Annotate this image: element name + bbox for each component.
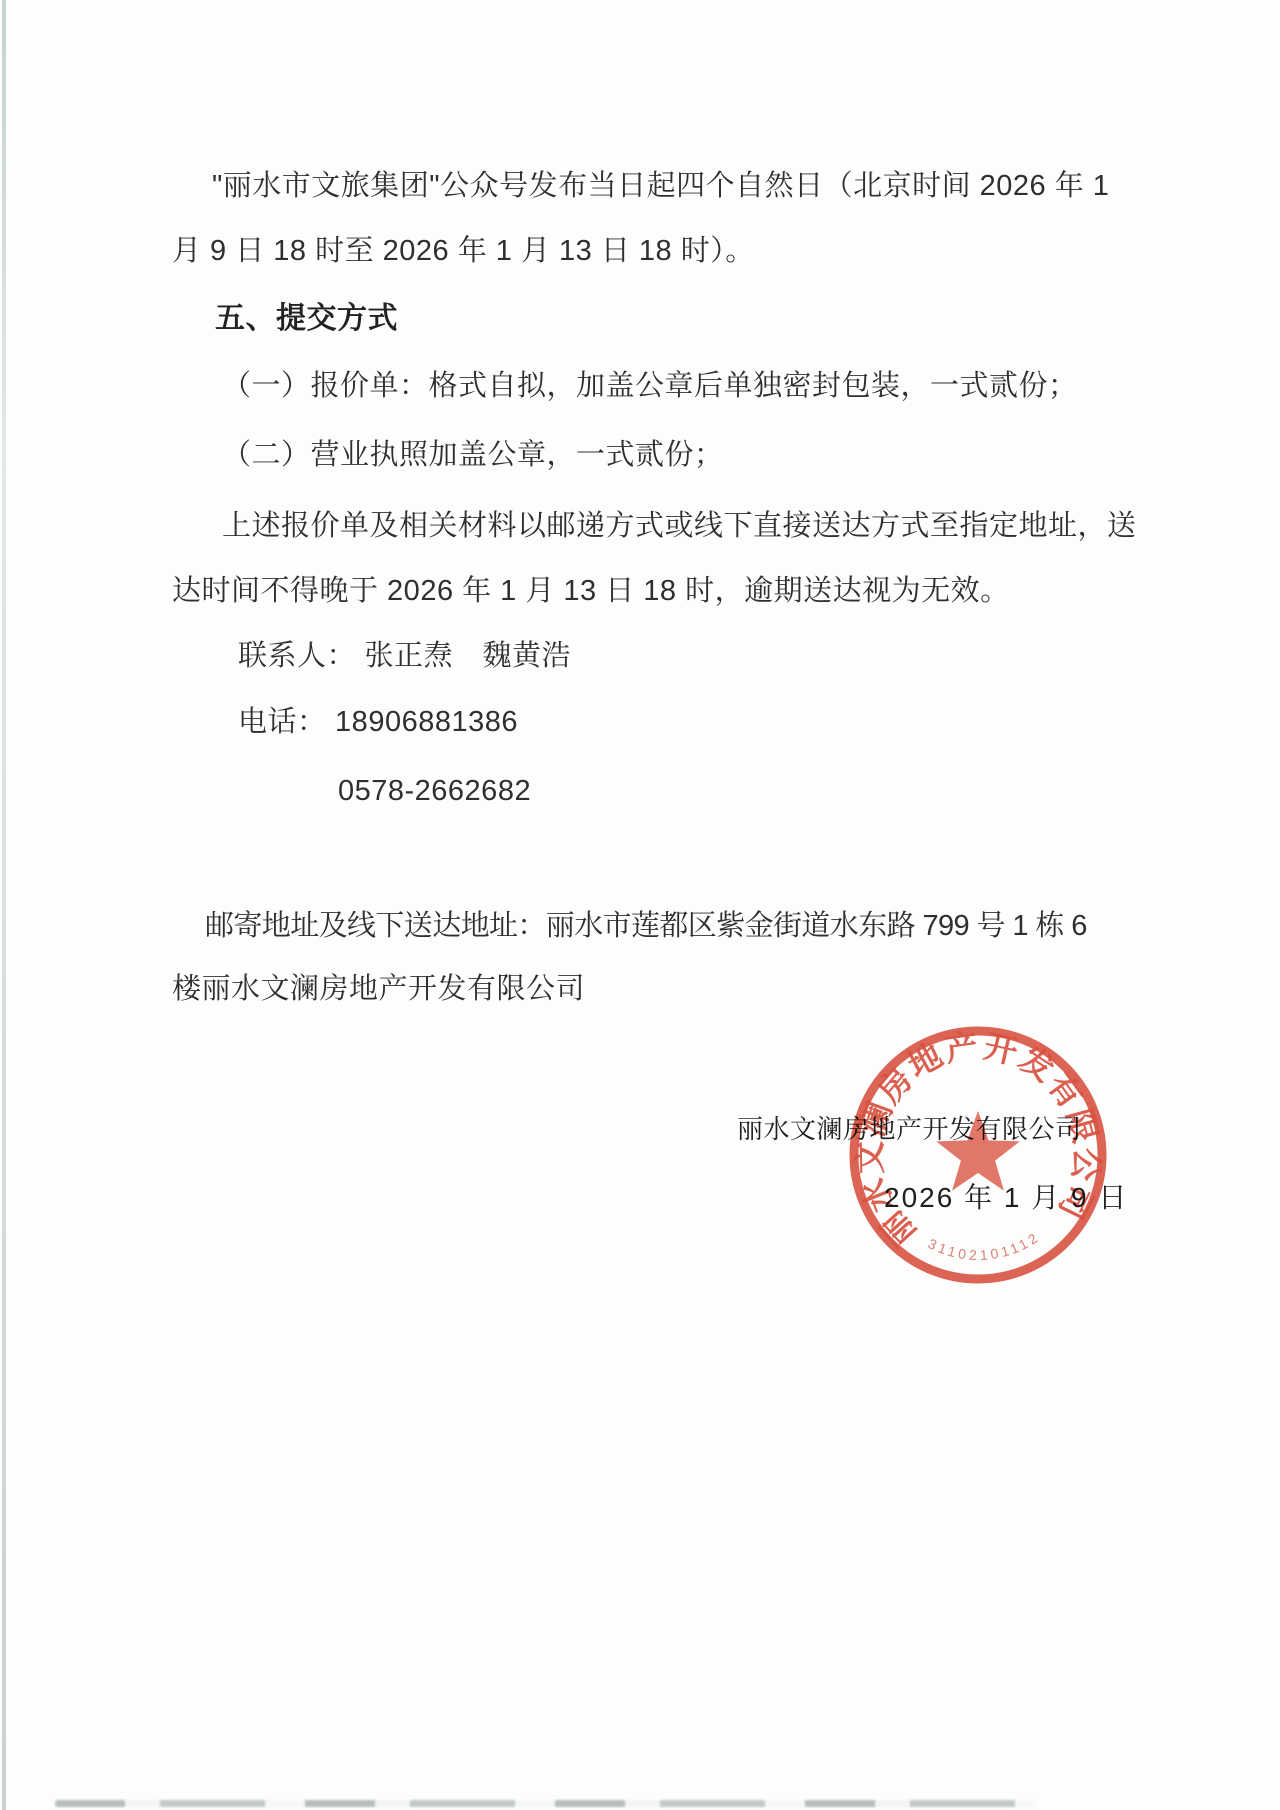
section-heading-submission-method: 五、提交方式 xyxy=(215,301,398,337)
scan-edge-artifact xyxy=(2,0,6,1810)
landline-number-line: 0578-2662682 xyxy=(338,773,531,809)
publish-window-line-2: 月 9 日 18 时至 2026 年 1 月 13 日 18 时）。 xyxy=(172,233,755,269)
company-seal-stamp: 丽水文澜房地产开发有限公司 3311021011127 xyxy=(838,1013,1118,1297)
seal-star-icon xyxy=(936,1111,1020,1191)
mailing-address-line-2: 楼丽水文澜房地产开发有限公司 xyxy=(172,971,585,1007)
submission-item-2: （二）营业执照加盖公章，一式贰份； xyxy=(222,437,724,473)
submission-item-1: （一）报价单：格式自拟，加盖公章后单独密封包装，一式贰份； xyxy=(222,368,1078,404)
delivery-instructions-line-1: 上述报价单及相关材料以邮递方式或线下直接送达方式至指定地址，送 xyxy=(222,508,1137,544)
mailing-address-line-1: 邮寄地址及线下送达地址：丽水市莲都区紫金街道水东路 799 号 1 栋 6 xyxy=(205,908,1087,944)
document-page: "丽水市文旅集团"公众号发布当日起四个自然日（北京时间 2026 年 1 月 9… xyxy=(0,0,1280,1810)
phone-number-line: 电话： 18906881386 xyxy=(238,704,518,740)
publish-window-line-1: "丽水市文旅集团"公众号发布当日起四个自然日（北京时间 2026 年 1 xyxy=(212,168,1109,204)
delivery-instructions-line-2: 达时间不得晚于 2026 年 1 月 13 日 18 时，逾期送达视为无效。 xyxy=(172,573,1010,609)
contact-person-line: 联系人： 张正焘 魏黄浩 xyxy=(238,638,571,674)
scan-bottom-artifact xyxy=(55,1800,1035,1807)
